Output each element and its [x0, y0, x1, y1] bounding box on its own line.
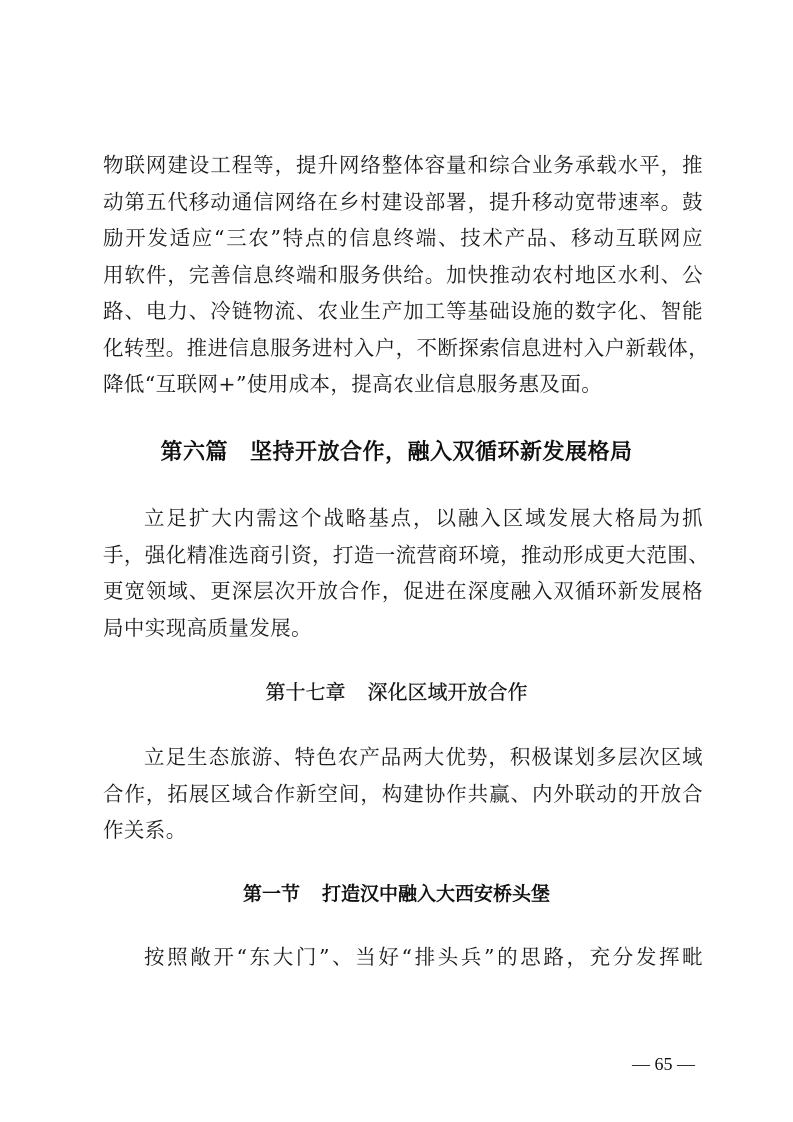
text-line: 立足扩大内需这个战略基点，以融入区域发展大格局为抓	[103, 504, 703, 532]
text-line: 物联网建设工程等，提升网络整体容量和综合业务承载水平，推	[103, 151, 703, 179]
text-line: 立足生态旅游、特色农产品两大优势，积极谋划多层次区域	[103, 743, 703, 771]
text-line: 作关系。	[103, 816, 703, 844]
section-number: 第一节	[243, 883, 300, 905]
chapter-number: 第十七章	[266, 680, 346, 704]
text-line: 手，强化精准选商引资，打造一流营商环境，推动形成更大范围、	[103, 541, 703, 569]
part-heading: 第六篇坚持开放合作，融入双循环新发展格局	[0, 438, 793, 468]
text-line: 合作，拓展区域合作新空间，构建协作共赢、内外联动的开放合	[103, 780, 703, 808]
text-line: 动第五代移动通信网络在乡村建设部署，提升移动宽带速率。鼓	[103, 188, 703, 216]
document-page: 物联网建设工程等，提升网络整体容量和综合业务承载水平，推 动第五代移动通信网络在…	[0, 0, 793, 1122]
part-title: 坚持开放合作，融入双循环新发展格局	[250, 440, 633, 465]
part-number: 第六篇	[160, 440, 228, 465]
section-title: 打造汉中融入大西安桥头堡	[322, 883, 550, 905]
text-line: 局中实现高质量发展。	[103, 614, 703, 642]
text-line: 路、电力、冷链物流、农业生产加工等基础设施的数字化、智能	[103, 297, 703, 325]
text-line: 励开发适应“三农”特点的信息终端、技术产品、移动互联网应	[103, 224, 703, 252]
text-line: 化转型。推进信息服务进村入户，不断探索信息进村入户新载体，	[103, 334, 703, 362]
page-number: — 65 —	[632, 1052, 695, 1076]
chapter-heading: 第十七章深化区域开放合作	[0, 678, 793, 706]
text-line: 用软件，完善信息终端和服务供给。加快推动农村地区水利、公	[103, 261, 703, 289]
text-line: 降低“互联网+”使用成本，提高农业信息服务惠及面。	[103, 370, 703, 398]
text-line: 按照敞开“东大门”、当好“排头兵”的思路，充分发挥毗	[103, 943, 703, 971]
text-line: 更宽领域、更深层次开放合作，促进在深度融入双循环新发展格	[103, 577, 703, 605]
chapter-title: 深化区域开放合作	[368, 680, 528, 704]
section-heading: 第一节打造汉中融入大西安桥头堡	[0, 880, 793, 908]
